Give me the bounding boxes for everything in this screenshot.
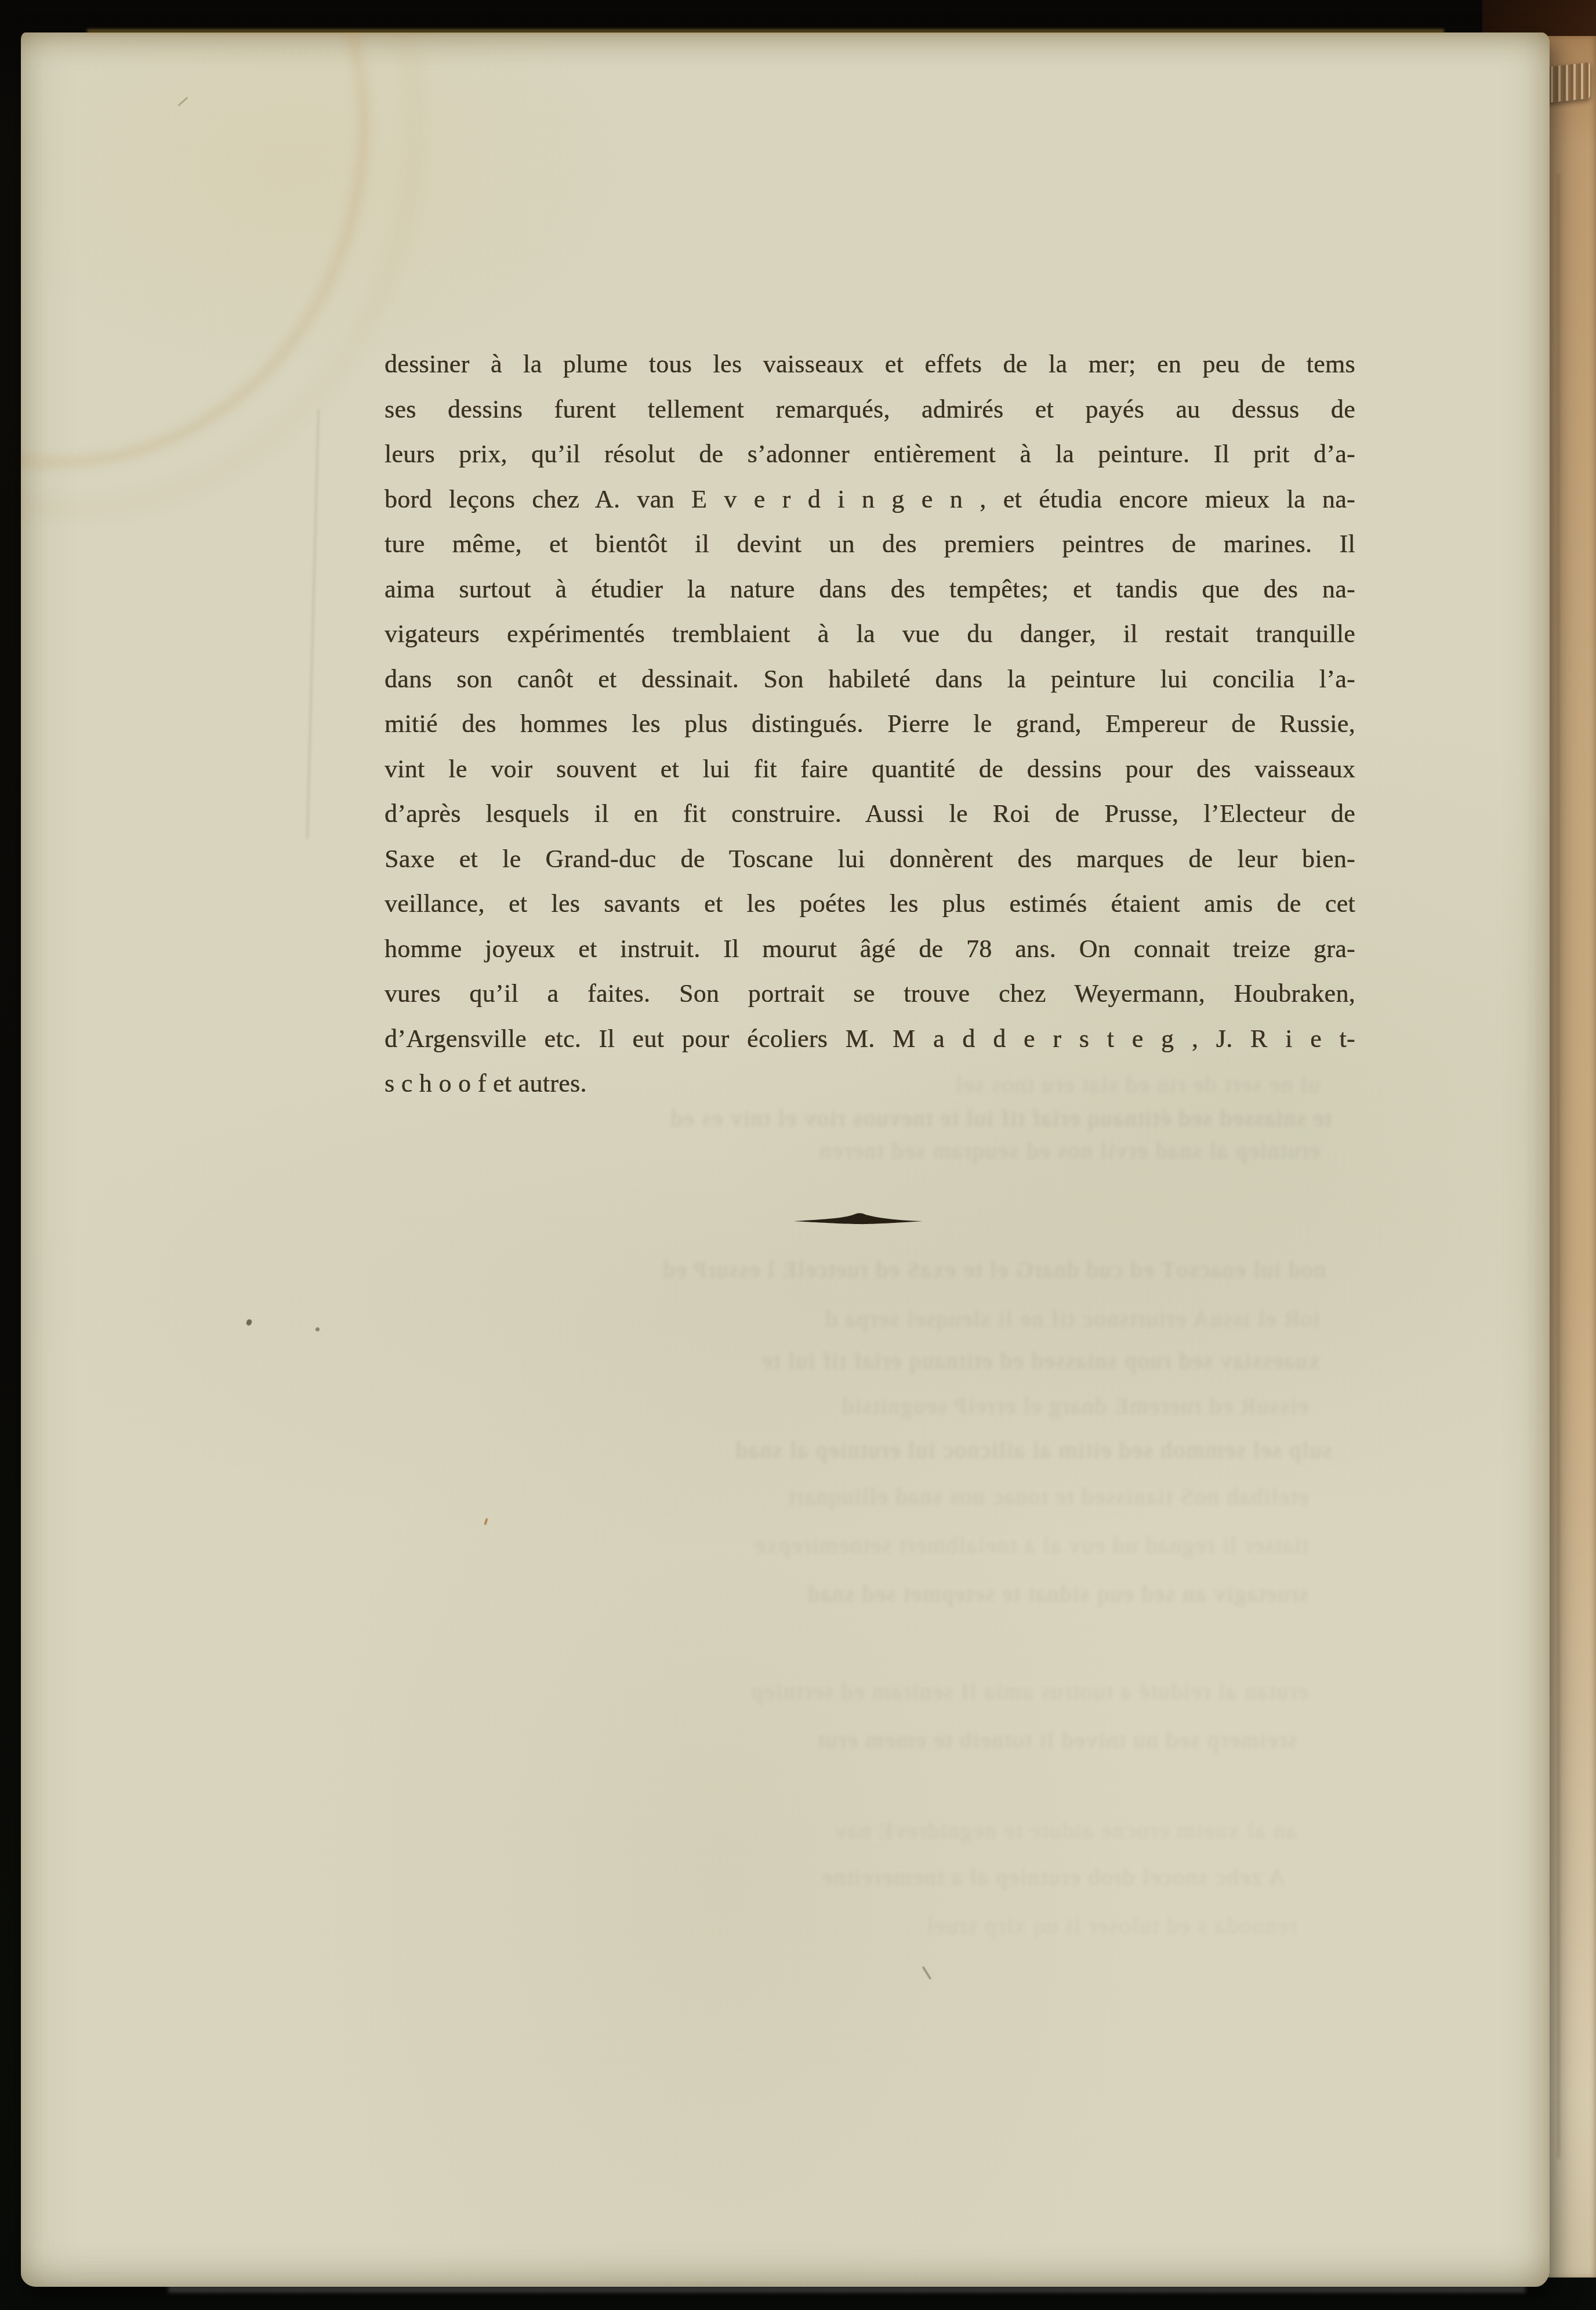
verso-showthrough-line: erutan al reiduté a tuotrus amia lI seni…: [380, 1678, 1308, 1712]
under-page-crease: [1558, 174, 1559, 2158]
verso-showthrough-line: sreimerp sed nu tnived li totneib te eme…: [404, 1726, 1297, 1761]
paper-fiber-fleck: [484, 1518, 488, 1526]
text-line: bord leçons chez A. van E v e r d i n g …: [385, 477, 1355, 522]
verso-showthrough-line: rennoda s ed tuloser li uq xirp sruel: [392, 1912, 1297, 1947]
verso-showthrough-line: ioR el issuA eriurtsnoc tif ne li sleuqs…: [415, 1305, 1320, 1340]
verso-showthrough-line: etelibah noS tianissed te tonac nos snad…: [404, 1483, 1308, 1518]
text-line: mitié des hommes les plus distingués. Pi…: [385, 701, 1355, 747]
book-page: dessiner à la plume tous les vaisseaux e…: [21, 32, 1550, 2287]
paragraph: dessiner à la plume tous les vaisseaux e…: [385, 342, 1355, 1106]
verso-showthrough-line: ul ne sert de rin ed siat eru tnos sel: [520, 1071, 1320, 1106]
text-line: leurs prix, qu’il résolut de s’adonner e…: [385, 432, 1355, 477]
tapered-rule-ornament: [793, 1212, 924, 1227]
verso-showthrough-line: sruetagiv an sed euq sidnat te setepmet …: [427, 1580, 1308, 1615]
verso-showthrough-line: te sniassed sed étitnauq eriaf tif iul t…: [369, 1105, 1332, 1139]
text-line: dans son canôt et dessinait. Son habilet…: [385, 657, 1355, 702]
text-line: ture même, et bientôt il devint un des p…: [385, 522, 1355, 567]
verso-showthrough-line: tiatser li regnad ud euv al a tneialbmer…: [369, 1531, 1308, 1566]
ink-speck: [245, 1319, 253, 1327]
verso-showthrough-line: A zehc snocel drob erutniep al a tnemere…: [427, 1863, 1285, 1898]
verso-showthrough-line: erutniep al snad ervil nos ed seuqram se…: [392, 1137, 1320, 1172]
text-line: homme joyeux et instruit. Il mourut âgé …: [385, 926, 1355, 972]
text-line: d’après lesquels il en fit construire. A…: [385, 791, 1355, 837]
verso-showthrough-line: nod iul enacsoT ed cud dnarG el te exaS …: [369, 1256, 1326, 1291]
text-line: aima surtout à étudier la nature dans de…: [385, 567, 1355, 612]
text-line: veillance, et les savants et les poétes …: [385, 881, 1355, 926]
top-page-edge-highlight: [87, 29, 1444, 33]
text-line: d’Argensville etc. Il eut pour écoliers …: [385, 1016, 1355, 1062]
text-line: Saxe et le Grand-duc de Toscane lui donn…: [385, 837, 1355, 882]
text-line: vures qu’il a faites. Son portrait se tr…: [385, 971, 1355, 1016]
ink-speck: [315, 1327, 320, 1331]
text-line: ses dessins furent tellement remarqués, …: [385, 387, 1355, 432]
verso-showthrough-line: an al xueim erocne aidute te negnidrevE …: [380, 1817, 1297, 1852]
ink-speck: [922, 1966, 931, 1980]
paper-crease: [306, 410, 319, 839]
verso-showthrough-line: sulp sel semmoh sed eitim al ailicnoc iu…: [369, 1436, 1332, 1471]
verso-showthrough-line: eissuR ed rueremE dnarg el erreiP seugni…: [438, 1392, 1308, 1427]
text-line: vint le voir souvent et lui fit faire qu…: [385, 747, 1355, 792]
text-line: vigateurs expérimentés tremblaient à la …: [385, 611, 1355, 657]
book-scan: dessiner à la plume tous les vaisseaux e…: [0, 0, 1596, 2310]
verso-showthrough-line: xuaessiav sed ruop sniassed ed etitnauq …: [369, 1347, 1320, 1382]
text-line: dessiner à la plume tous les vaisseaux e…: [385, 342, 1355, 387]
